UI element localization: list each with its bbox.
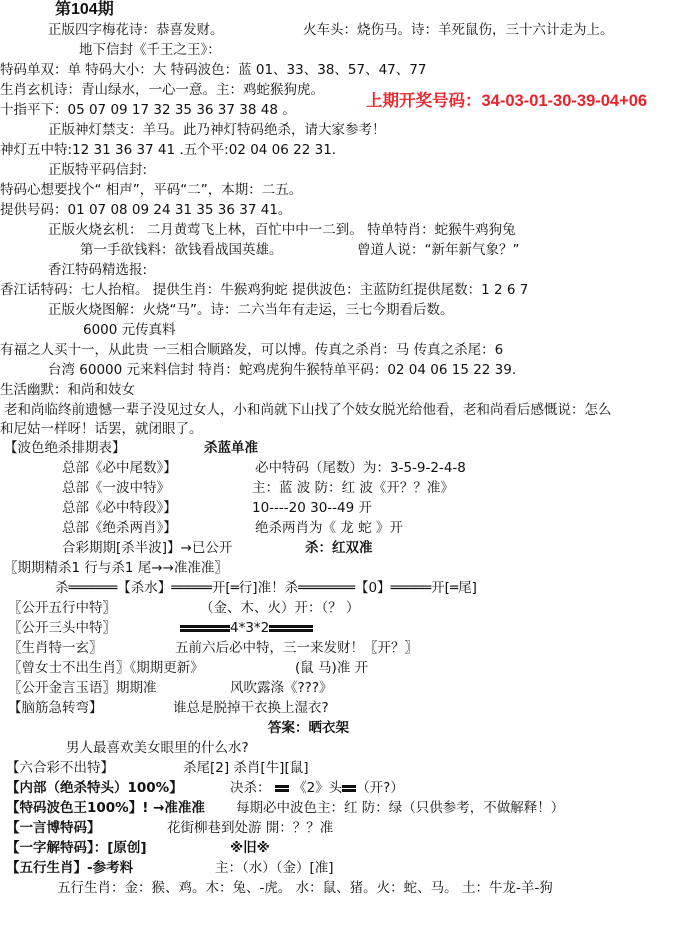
golden-words-value: 风吹露涤《???》 xyxy=(230,678,333,698)
zodiac-one-label: 〖生肖特一玄〗 xyxy=(8,638,103,658)
wave-table-kill: 杀蓝单准 xyxy=(204,438,258,458)
fax-heading: 6000 元传真料 xyxy=(83,320,176,340)
riddle-2: 男人最喜欢美女眼里的什么水? xyxy=(66,738,249,758)
one-char-value: ※旧※ xyxy=(230,838,270,858)
tail-value: 必中特码（尾数）为：3-5-9-2-4-8 xyxy=(255,458,466,478)
wave-king-label: 【特码波色王100%】! →准准准 xyxy=(6,798,205,818)
lamp-ban: 正版神灯禁支：羊马。此乃神灯特码绝杀，请大家参考！ xyxy=(48,120,386,140)
five-elements-value: （金、木、火）开：（？ ） xyxy=(200,598,360,618)
bar-icon xyxy=(275,784,289,793)
ms-zeng-value: (鼠 马)准 开 xyxy=(295,658,368,678)
riddle-answer: 答案：晒衣架 xyxy=(268,718,349,738)
head-value: 《2》头 xyxy=(293,780,342,796)
half-wave-label: 合彩期期[杀半波]】→已公开 xyxy=(62,538,232,558)
issue-title: 第104期 xyxy=(55,0,114,20)
ms-zeng-label: 〖曾女士不出生肖〗《期期更新》 xyxy=(8,658,204,678)
fax-tip: 有福之人买十一，从此贵 一三相合顺路发，可以博。传真之杀肖：马 传真之杀尾：6 xyxy=(0,340,503,360)
fire-mystery: 正版火烧玄机： 二月黄莺飞上林，百忙中中一二到。 特单特肖：蛇猴牛鸡狗兔 xyxy=(48,220,516,240)
segment-label: 总部《必中特段》】 xyxy=(62,498,177,518)
zodiac-poem: 生肖玄机诗：青山绿水，一心一意。主：鸡蛇猴狗虎。 xyxy=(0,80,324,100)
three-heads-value: 4*3*2 xyxy=(180,618,313,638)
tail-label: 总部《必中尾数》】 xyxy=(62,458,177,478)
one-char-label: 【一字解特码】：[原创] xyxy=(6,838,147,858)
humor-title: 生活幽默：和尚和妓女 xyxy=(0,380,135,400)
segment-value: 10----20 30--49 开 xyxy=(252,498,372,518)
five-zodiac-value: 主：（水）（金）[准] xyxy=(215,858,334,878)
lamp-numbers: 神灯五中特:12 31 36 37 41 .五个平:02 04 06 22 31… xyxy=(0,140,336,160)
five-zodiac-list: 五行生肖：金：猴、鸡。木：兔、-虎。 水：鼠、猪。火：蛇、马。 土：牛龙-羊-狗 xyxy=(57,878,553,898)
wave-label: 总部《一波中特》 xyxy=(62,478,170,498)
three-heads-text: 4*3*2 xyxy=(230,620,269,636)
five-zodiac-label: 【五行生肖】-参考料 xyxy=(6,858,133,878)
first-hand-tip: 第一手欲钱料：欲钱看战国英雄。 xyxy=(80,240,283,260)
no-special-value: 杀尾[2] 杀肖[牛][鼠] xyxy=(183,758,308,778)
two-zodiac-value: 绝杀两肖为《 龙 蛇 》开 xyxy=(255,518,403,538)
riddle-label: 【脑筋急转弯】 xyxy=(8,698,103,718)
internal-head-label: 【内部（绝杀特头）100%】 xyxy=(6,778,183,798)
no-special-label: 【六合彩不出特】 xyxy=(6,758,114,778)
half-wave-value: 杀：红双准 xyxy=(305,538,373,558)
crosstalk-hint: 特码心想要找个“ 相声”，平码“二”，本期：二五。 xyxy=(0,180,302,200)
golden-words-label: 〖公开金言玉语〗期期准 xyxy=(8,678,157,698)
wave-value: 主：蓝 波 防：红 波《开？？准》 xyxy=(252,478,454,498)
internal-head-value: 决杀： 《2》头（开?） xyxy=(230,778,404,798)
provided-numbers: 提供号码：01 07 08 09 24 31 35 36 37 41。 xyxy=(0,200,291,220)
bar-icon xyxy=(269,624,313,633)
humor-body-2: 和尼姑一样呀！话罢，就闭眼了。 xyxy=(0,419,203,439)
open-hint: （开?） xyxy=(356,780,404,796)
two-zodiac-label: 总部《绝杀两肖》】 xyxy=(62,518,177,538)
bar-icon xyxy=(180,624,230,633)
bar-icon xyxy=(342,784,356,793)
wave-king-value: 每期必中波色主：红 防：绿（只供参考，不做解释！） xyxy=(236,798,564,818)
zeng-says: 曾道人说：“新年新气象？” xyxy=(357,240,520,260)
three-heads-label: 〖公开三头中特〗 xyxy=(8,618,116,638)
last-draw-numbers: 上期开奖号码：34-03-01-30-39-04+06 xyxy=(366,91,647,111)
flat-code-envelope: 正版特平码信封: xyxy=(48,160,147,180)
riddle-question: 谁总是脱掉干衣换上湿衣? xyxy=(173,698,329,718)
ten-finger-numbers: 十指平下：05 07 09 17 32 35 36 37 38 48 。 xyxy=(0,100,296,120)
five-elements-label: 〖公开五行中特〗 xyxy=(8,598,116,618)
xiangjiang-heading: 香江特码精选报: xyxy=(48,260,147,280)
taiwan-envelope: 台湾 60000 元来料信封 特肖：蛇鸡虎狗牛猴特单平码：02 04 06 15… xyxy=(48,360,516,380)
kill-label: 决杀： xyxy=(230,780,271,796)
wave-table-heading: 【波色绝杀排期表】 xyxy=(4,438,126,458)
kill-row: 杀══════【杀水】═════开[═行]准！杀═══════【0】═════开… xyxy=(55,578,477,598)
humor-body-1: 老和尚临终前遗憾一辈子没见过女人，小和尚就下山找了个妓女脱光给他看，老和尚看后感… xyxy=(4,400,612,420)
envelope-heading: 地下信封《千王之王》： xyxy=(79,40,221,60)
one-word-bet-label: 【一言博特码】 xyxy=(6,818,101,838)
xiangjiang-tip: 香江话特码：七人抬棺。 提供生肖：牛猴鸡狗蛇 提供波色：主蓝防红提供尾数：1 2… xyxy=(0,280,528,300)
train-head: 火车头：烧伤马。诗：羊死鼠伤，三十六计走为上。 xyxy=(303,20,614,40)
plum-poem: 正版四字梅花诗：恭喜发财。 xyxy=(48,20,224,40)
one-word-bet-value: 花街柳巷到处游 開：？？准 xyxy=(167,818,333,838)
kill-row-heading: 〖期期精杀1 行与杀1 尾→→准准准〗 xyxy=(4,558,228,578)
fire-diagram: 正版火烧图解：火烧“马”。诗：二六当年有走运，三七今期看后数。 xyxy=(48,300,454,320)
zodiac-one-value: 五前六后必中特，三一来发财！〖开？〗 xyxy=(175,638,418,658)
special-code-attrs: 特码单双：单 特码大小：大 特码波色：蓝 01、33、38、57、47、77 xyxy=(0,60,426,80)
